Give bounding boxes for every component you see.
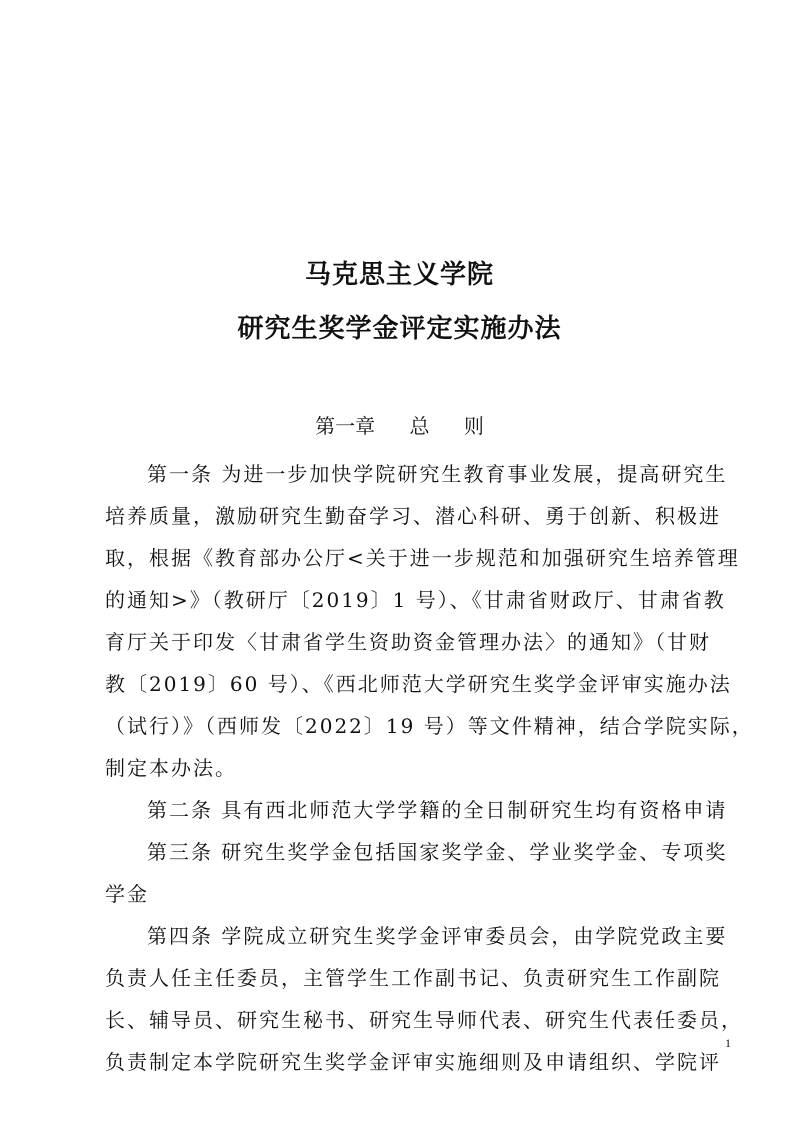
body-line: 负责人任主任委员，主管学生工作副书记、负责研究生工作副院 [105, 962, 735, 991]
body-line: 学金 [105, 878, 735, 907]
body-line: 取，根据《教育部办公厅<关于进一步规范和加强研究生培养管理 [105, 542, 735, 571]
body-line: （试行）》（西师发〔2022〕19 号）等文件精神，结合学院实际， [105, 710, 735, 739]
body-line: 第二条 具有西北师范大学学籍的全日制研究生均有资格申请 [147, 794, 777, 823]
chapter-heading: 第一章 总 则 [0, 410, 799, 439]
doc-title-line2: 研究生奖学金评定实施办法 [0, 308, 799, 345]
body-line: 育厅关于印发〈甘肃省学生资助资金管理办法〉的通知》（甘财 [105, 626, 735, 655]
body-line: 第一条 为进一步加快学院研究生教育事业发展，提高研究生 [147, 458, 777, 487]
body-line: 第四条 学院成立研究生奖学金评审委员会，由学院党政主要 [147, 920, 777, 949]
page-number: 1 [725, 1036, 731, 1051]
body-line: 培养质量，激励研究生勤奋学习、潜心科研、勇于创新、积极进 [105, 500, 735, 529]
body-line: 第三条 研究生奖学金包括国家奖学金、学业奖学金、专项奖 [147, 836, 777, 865]
body-line: 的通知>》（教研厅〔2019〕1 号）、《甘肃省财政厅、甘肃省教 [105, 584, 735, 613]
body-line: 长、辅导员、研究生秘书、研究生导师代表、研究生代表任委员， [105, 1004, 735, 1033]
body-line: 制定本办法。 [105, 752, 735, 781]
doc-title-line1: 马克思主义学院 [0, 254, 799, 291]
chapter-word2: 则 [464, 414, 484, 438]
chapter-number: 第一章 [315, 414, 375, 438]
body-line: 负责制定本学院研究生奖学金评审实施细则及申请组织、学院评 [105, 1046, 735, 1075]
body-line: 教〔2019〕60 号）、《西北师范大学研究生奖学金评审实施办法 [105, 668, 735, 697]
chapter-word1: 总 [410, 414, 430, 438]
